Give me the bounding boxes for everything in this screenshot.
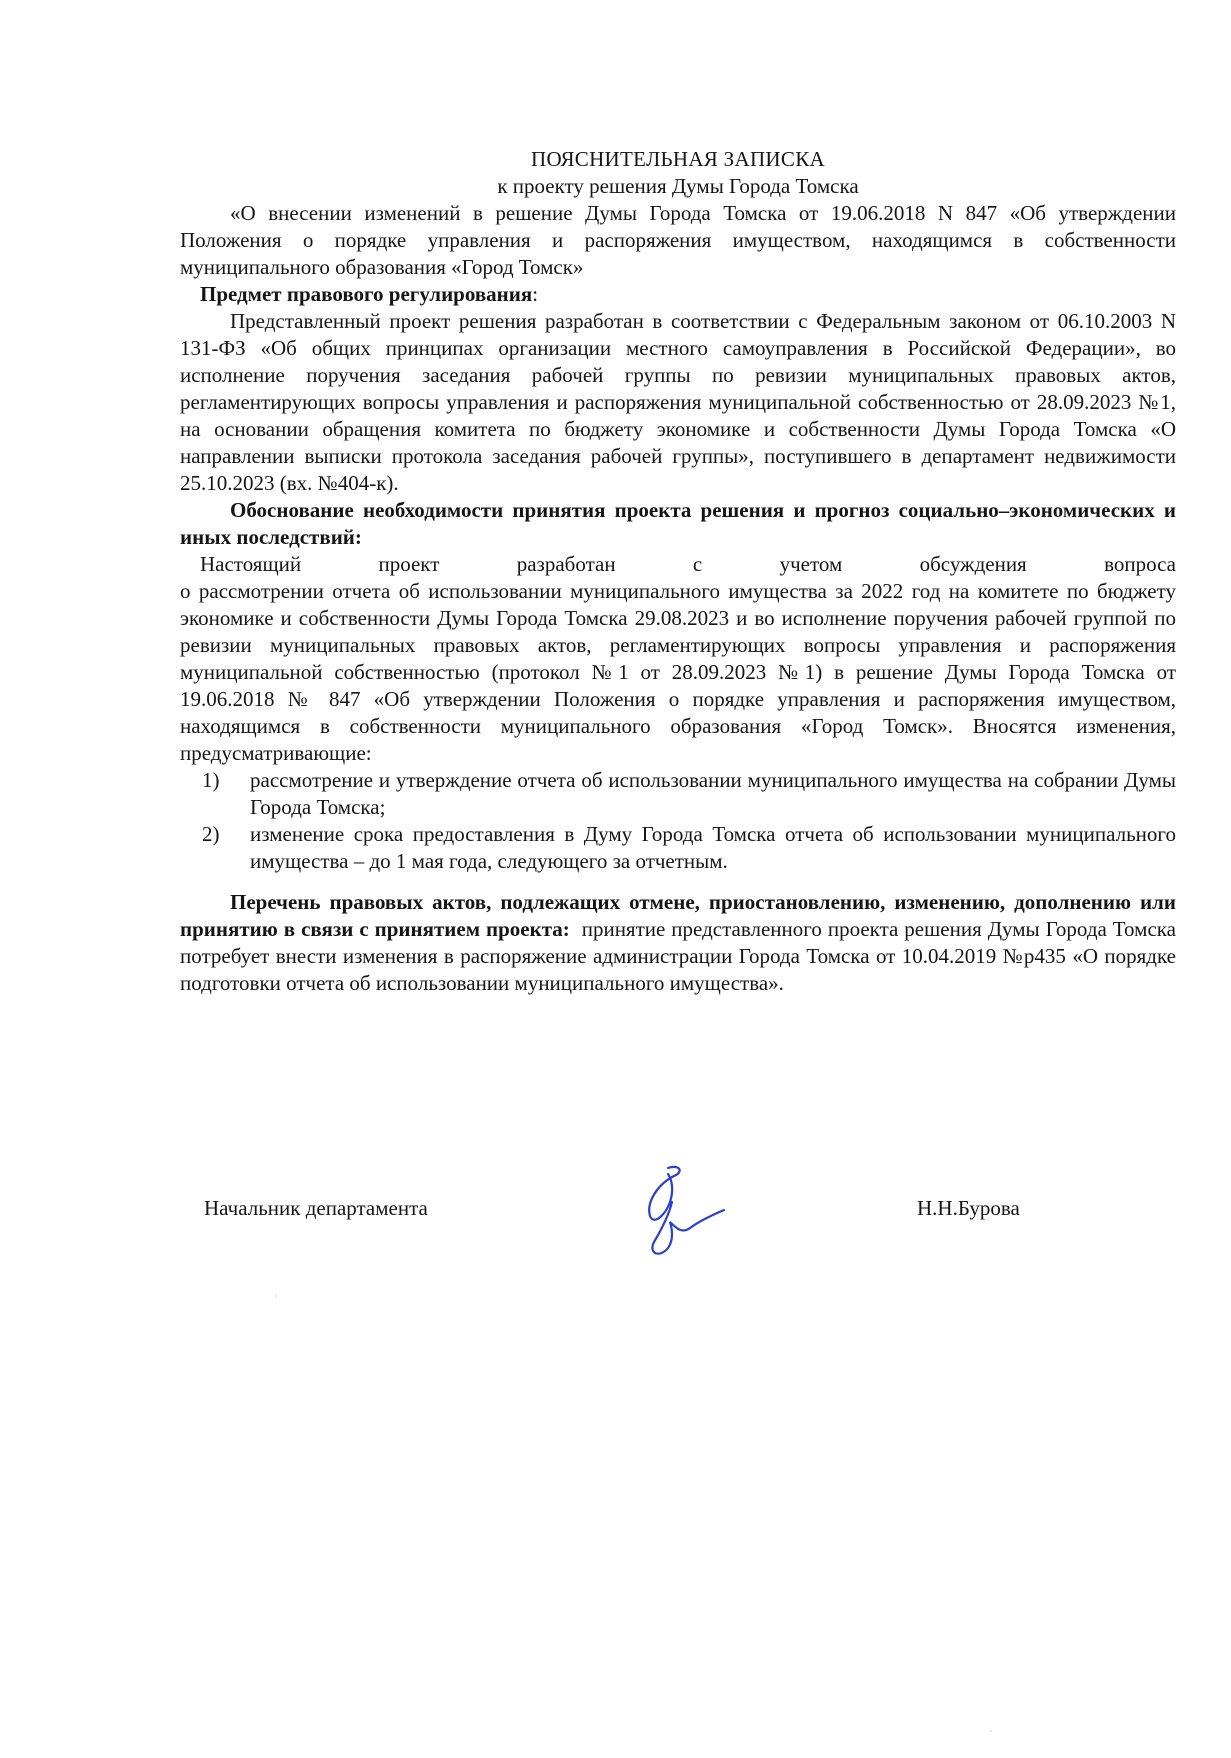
section-justification-body: о рассмотрении отчета об использовании м…	[180, 578, 1176, 767]
signature-block: Начальник департамента Н.Н.Бурова	[0, 1180, 1231, 1290]
section-subject-heading: Предмет правового регулирования:	[180, 281, 1176, 308]
scan-speck	[990, 1730, 992, 1732]
document-subheading: к проекту решения Думы Города Томска	[180, 173, 1176, 200]
document-heading: ПОЯСНИТЕЛЬНАЯ ЗАПИСКА	[180, 146, 1176, 173]
handwritten-signature-icon	[628, 1162, 748, 1262]
signatory-role: Начальник департамента	[204, 1196, 428, 1221]
list-item: 2)изменение срока предоставления в Думу …	[202, 821, 1176, 875]
signatory-name: Н.Н.Бурова	[917, 1196, 1020, 1221]
section-acts-list: Перечень правовых актов, подлежащих отме…	[180, 889, 1176, 997]
section-subject-body: Представленный проект решения разработан…	[180, 308, 1176, 497]
document-page: ПОЯСНИТЕЛЬНАЯ ЗАПИСКА к проекту решения …	[180, 146, 1176, 997]
section-justification-first-line: Настоящий проект разработан с учетом обс…	[180, 551, 1176, 578]
spacer	[180, 875, 1176, 889]
section-justification-title: Обоснование необходимости принятия проек…	[180, 497, 1176, 551]
project-title: «О внесении изменений в решение Думы Гор…	[180, 200, 1176, 281]
section-subject-title: Предмет правового регулирования	[200, 282, 532, 306]
changes-list: 1)рассмотрение и утверждение отчета об и…	[180, 767, 1176, 875]
scan-speck	[275, 1295, 277, 1297]
list-item: 1)рассмотрение и утверждение отчета об и…	[202, 767, 1176, 821]
